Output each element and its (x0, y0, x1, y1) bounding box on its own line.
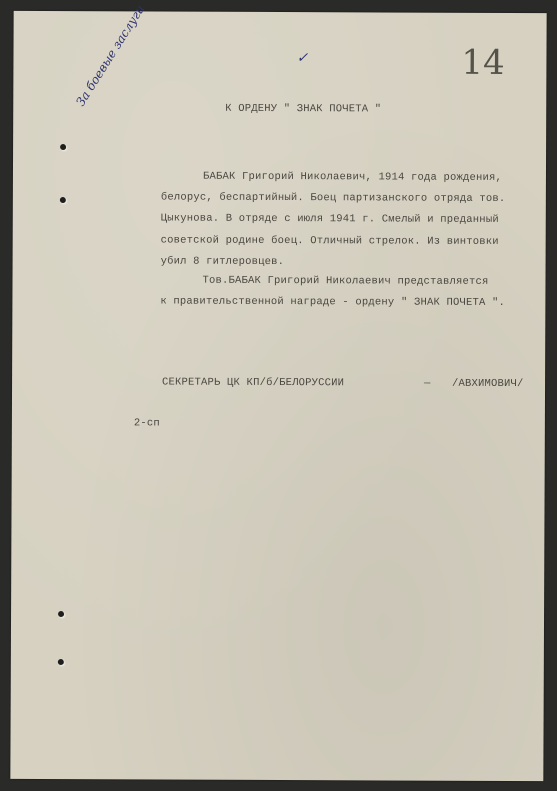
handwritten-page-number: 14 (461, 43, 504, 83)
body-line: советской родине боец. Отличный стрелок.… (161, 234, 499, 247)
body-line: БАБАК Григорий Николаевич, 1914 года рож… (203, 171, 502, 184)
punch-hole (58, 659, 64, 665)
body-line: белорус, беспартийный. Боец партизанског… (161, 191, 506, 205)
handwritten-margin-note: За боевые заслуги (73, 2, 147, 108)
signature-dash: — (424, 378, 431, 390)
body-line: к правительственной награде - ордену " З… (160, 295, 505, 309)
document-title: К ОРДЕНУ " ЗНАК ПОЧЕТА " (225, 103, 381, 116)
body-line: Тов.БАБАК Григорий Николаевич представля… (202, 275, 488, 288)
signature-position: СЕКРЕТАРЬ ЦК КП/б/БЕЛОРУССИИ (162, 376, 344, 389)
handwritten-check-mark: ✓ (296, 50, 308, 66)
document-page: За боевые заслуги ✓ 14 К ОРДЕНУ " ЗНАК П… (10, 11, 546, 781)
punch-hole (58, 611, 64, 617)
punch-hole (60, 197, 66, 203)
body-line: Цыкунова. В отряде с июля 1941 г. Смелый… (161, 212, 499, 225)
signature-name: /АВХИМОВИЧ/ (452, 378, 524, 390)
body-line: убил 8 гитлеровцев. (161, 255, 285, 268)
punch-hole (60, 144, 66, 150)
copies-note: 2-сп (134, 417, 160, 429)
